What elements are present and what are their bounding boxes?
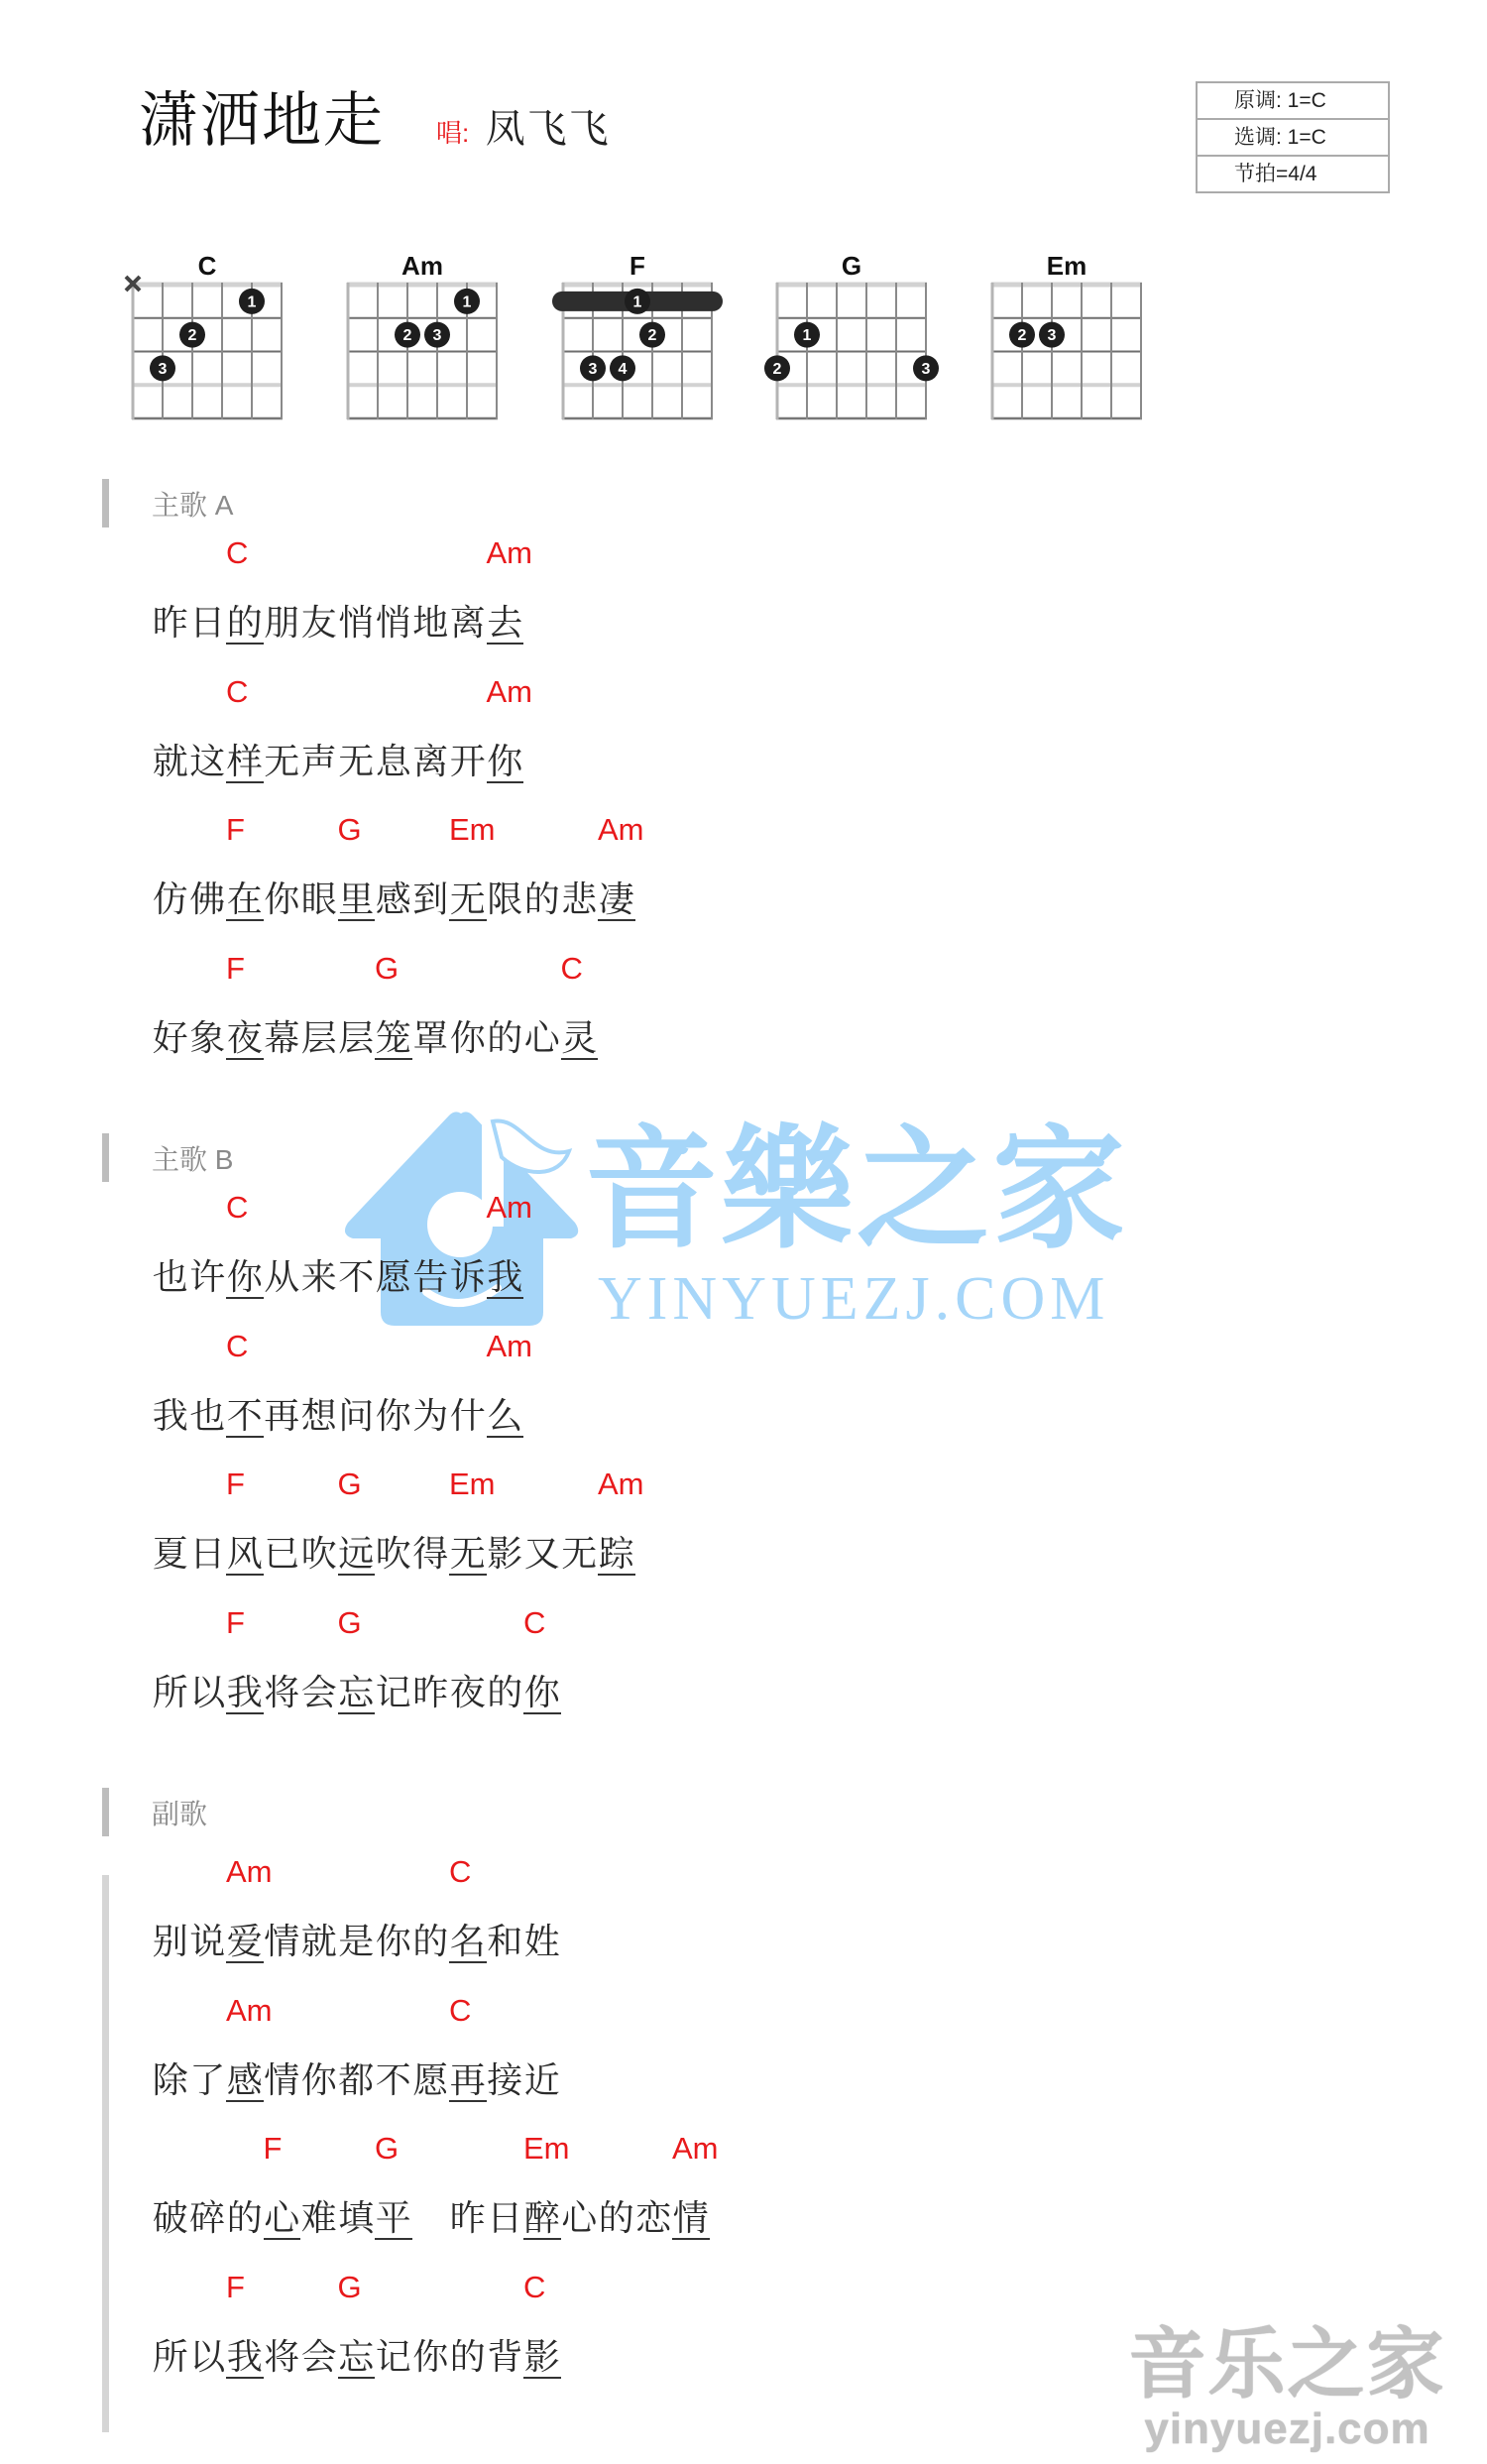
svg-text:2: 2 bbox=[647, 327, 656, 344]
lyric-char: 日 bbox=[487, 2198, 524, 2240]
chord-anchor-char: 感 bbox=[226, 2060, 264, 2102]
chord-anchor-char: 去 bbox=[487, 603, 524, 645]
section-marker-bar bbox=[102, 1788, 109, 1836]
lyric-char: 悄 bbox=[375, 603, 412, 645]
chord-row: FGC bbox=[152, 951, 1143, 987]
chord-anchor-char: 爱 bbox=[226, 1922, 264, 1963]
lyric-char: 悲 bbox=[561, 880, 599, 921]
chord-f: F bbox=[226, 812, 245, 848]
chord-anchor-char: 心 bbox=[264, 2198, 301, 2240]
chord-diagram-em: Em23 bbox=[972, 248, 1188, 426]
chord-diagram-name: Em bbox=[1047, 251, 1087, 281]
lyric-text: 别说爱情就是你的名和姓 bbox=[152, 1922, 561, 1963]
lyric-char: 诉 bbox=[449, 1257, 487, 1299]
lyric-char: 心 bbox=[523, 1018, 561, 1060]
lyric-char: 是 bbox=[338, 1922, 376, 1963]
lyric-char: 象 bbox=[189, 1018, 227, 1060]
corner-watermark-url: yinyuezj.com bbox=[1116, 2407, 1458, 2451]
chord-row: CAm bbox=[152, 1329, 1143, 1364]
chord-anchor-char: 你 bbox=[487, 742, 524, 783]
finger-dot: 3 bbox=[424, 322, 450, 348]
lyric-char: 朋 bbox=[264, 603, 301, 645]
lyric-char: 离 bbox=[449, 603, 487, 645]
svg-text:2: 2 bbox=[402, 327, 411, 344]
lyric-char: 的 bbox=[487, 1673, 524, 1714]
lyric-char: 记 bbox=[375, 1673, 412, 1714]
finger-dot: 1 bbox=[625, 289, 650, 314]
finger-dot: 1 bbox=[794, 322, 820, 348]
chord-g: G bbox=[375, 2131, 399, 2167]
svg-text:1: 1 bbox=[462, 293, 471, 310]
lyric-line: FGC好象夜幕层层笼罩你的心灵 bbox=[0, 951, 1487, 1090]
lyric-char: 破 bbox=[152, 2198, 189, 2240]
lyric-char: 再 bbox=[264, 1396, 301, 1438]
lyric-char: 我 bbox=[152, 1396, 189, 1438]
chord-anchor-char: 你 bbox=[523, 1673, 561, 1714]
lyric-line: CAm我也不再想问你为什么 bbox=[0, 1329, 1487, 1467]
chord-c: C bbox=[226, 1329, 248, 1364]
lyric-char: 好 bbox=[152, 1018, 189, 1060]
lyric-char: 夜 bbox=[449, 1673, 487, 1714]
chord-anchor-char: 无 bbox=[449, 880, 487, 921]
svg-text:1: 1 bbox=[803, 327, 812, 344]
song-sections: 主歌 A CAm昨日的朋友悄悄地离去CAm就这样无声无息离开你FGEmAm仿佛在… bbox=[0, 479, 1487, 2408]
lyric-char: 悄 bbox=[338, 603, 376, 645]
svg-text:2: 2 bbox=[1018, 327, 1027, 344]
section-lines: CAm昨日的朋友悄悄地离去CAm就这样无声无息离开你FGEmAm仿佛在你眼里感到… bbox=[0, 535, 1487, 1090]
chord-diagram-g: G123 bbox=[757, 248, 972, 426]
lyric-char: 你 bbox=[264, 880, 301, 921]
finger-dot: 2 bbox=[639, 322, 665, 348]
finger-dot: 3 bbox=[913, 355, 939, 381]
lyric-char: 都 bbox=[338, 2060, 376, 2102]
lyric-char: 什 bbox=[449, 1396, 487, 1438]
chord-am: Am bbox=[226, 1854, 273, 1890]
lyric-line: CAm昨日的朋友悄悄地离去 bbox=[0, 535, 1487, 674]
lyric-char: 就 bbox=[300, 1922, 338, 1963]
lyric-char: 眼 bbox=[300, 880, 338, 921]
lyric-char: 的 bbox=[523, 880, 561, 921]
chord-anchor-char: 忘 bbox=[338, 2337, 376, 2379]
chord-anchor-char: 样 bbox=[226, 742, 264, 783]
lyric-char: 所 bbox=[152, 1673, 189, 1714]
lyric-line: FGEmAm破碎的心难填平 昨日醉心的恋情 bbox=[0, 2131, 1487, 2270]
lyric-char: 以 bbox=[189, 1673, 227, 1714]
chord-em: Em bbox=[449, 812, 496, 848]
chord-anchor-char: 你 bbox=[226, 1257, 264, 1299]
chord-anchor-char: 踪 bbox=[598, 1534, 635, 1576]
song-title: 潇洒地走 bbox=[139, 85, 385, 157]
chord-anchor-char: 名 bbox=[449, 1922, 487, 1963]
lyric-char: 限 bbox=[487, 880, 524, 921]
lyric-char: 会 bbox=[300, 1673, 338, 1714]
chord-anchor-char: 平 bbox=[375, 2198, 412, 2240]
lyric-char: 开 bbox=[449, 742, 487, 783]
lyric-char: 除 bbox=[152, 2060, 189, 2102]
lyric-line: FGEmAm仿佛在你眼里感到无限的悲凄 bbox=[0, 812, 1487, 951]
chord-diagrams: C123Am123F1234G123Em23 bbox=[113, 248, 1188, 426]
lyric-line: AmC别说爱情就是你的名和姓 bbox=[0, 1854, 1487, 1993]
lyric-char: 所 bbox=[152, 2337, 189, 2379]
chord-f: F bbox=[226, 951, 245, 987]
lyric-char: 这 bbox=[189, 742, 227, 783]
lyric-char: 为 bbox=[412, 1396, 450, 1438]
lyric-char: 愿 bbox=[412, 2060, 450, 2102]
finger-dot: 1 bbox=[454, 289, 480, 314]
lyric-char: 罩 bbox=[412, 1018, 450, 1060]
chord-anchor-char: 远 bbox=[338, 1534, 376, 1576]
svg-text:3: 3 bbox=[159, 361, 168, 378]
lyric-char: 吹 bbox=[300, 1534, 338, 1576]
original-key: 原调: 1=C bbox=[1198, 83, 1388, 118]
lyric-char: 息 bbox=[375, 742, 412, 783]
finger-dot: 2 bbox=[1009, 322, 1035, 348]
chord-anchor-char: 情 bbox=[672, 2198, 710, 2240]
chord-f: F bbox=[226, 1605, 245, 1641]
finger-dot: 2 bbox=[179, 322, 205, 348]
lyric-char: 层 bbox=[300, 1018, 338, 1060]
finger-dot: 4 bbox=[610, 355, 635, 381]
chord-row: FGC bbox=[152, 1605, 1143, 1641]
svg-text:1: 1 bbox=[248, 293, 257, 310]
chord-diagram-c: C123 bbox=[113, 248, 328, 426]
chord-am: Am bbox=[598, 812, 644, 848]
section-label: 副歌 bbox=[152, 1795, 207, 1834]
lyric-char: 近 bbox=[523, 2060, 561, 2102]
chord-c: C bbox=[226, 674, 248, 710]
lyric-text: 夏日风已吹远吹得无影又无踪 bbox=[152, 1534, 635, 1576]
lyric-char: 也 bbox=[189, 1396, 227, 1438]
lyric-char: 你 bbox=[375, 1922, 412, 1963]
lyric-text: 所以我将会忘记你的背影 bbox=[152, 2337, 561, 2379]
chord-row: CAm bbox=[152, 674, 1143, 710]
chord-em: Em bbox=[449, 1467, 496, 1502]
lyric-char: 了 bbox=[189, 2060, 227, 2102]
chord-am: Am bbox=[598, 1467, 644, 1502]
lyric-char: 层 bbox=[338, 1018, 376, 1060]
chord-c: C bbox=[226, 535, 248, 571]
lyric-char: 将 bbox=[264, 1673, 301, 1714]
lyric-char: 昨 bbox=[449, 2198, 487, 2240]
lyric-char: 又 bbox=[523, 1534, 561, 1576]
lyric-char: 就 bbox=[152, 742, 189, 783]
section-marker-bar bbox=[102, 1133, 109, 1182]
lyric-char: 无 bbox=[561, 1534, 599, 1576]
chord-anchor-char: 么 bbox=[487, 1396, 524, 1438]
lyric-line: FGC所以我将会忘记昨夜的你 bbox=[0, 1605, 1487, 1744]
chord-c: C bbox=[449, 1993, 471, 2029]
chord-c: C bbox=[449, 1854, 471, 1890]
lyric-char: 无 bbox=[338, 742, 376, 783]
lyric-char: 背 bbox=[487, 2337, 524, 2379]
chord-g: G bbox=[338, 2270, 362, 2305]
chord-f: F bbox=[226, 2270, 245, 2305]
chord-am: Am bbox=[487, 674, 533, 710]
lyric-char: 佛 bbox=[189, 880, 227, 921]
chord-anchor-char: 的 bbox=[226, 603, 264, 645]
lyric-text: 昨日的朋友悄悄地离去 bbox=[152, 603, 523, 645]
lyric-char: 记 bbox=[375, 2337, 412, 2379]
lyric-char: 你 bbox=[300, 2060, 338, 2102]
finger-dot: 2 bbox=[764, 355, 790, 381]
lyric-char: 无 bbox=[264, 742, 301, 783]
section-lines: AmC别说爱情就是你的名和姓AmC除了感情你都不愿再接近FGEmAm破碎的心难填… bbox=[0, 1854, 1487, 2408]
lyric-text: 我也不再想问你为什么 bbox=[152, 1396, 523, 1438]
lyric-char: 恋 bbox=[635, 2198, 673, 2240]
svg-text:2: 2 bbox=[188, 327, 197, 344]
section-lines: CAm也许你从来不愿告诉我CAm我也不再想问你为什么FGEmAm夏日风已吹远吹得… bbox=[0, 1190, 1487, 1744]
chord-am: Am bbox=[226, 1993, 273, 2029]
lyric-char: 幕 bbox=[264, 1018, 301, 1060]
lyric-char: 许 bbox=[189, 1257, 227, 1299]
chord-anchor-char: 笼 bbox=[375, 1018, 412, 1060]
chord-anchor-char: 灵 bbox=[561, 1018, 599, 1060]
chord-anchor-char: 风 bbox=[226, 1534, 264, 1576]
lyric-char: 情 bbox=[264, 1922, 301, 1963]
lyric-text: 也许你从来不愿告诉我 bbox=[152, 1257, 523, 1299]
lyric-line: FGEmAm夏日风已吹远吹得无影又无踪 bbox=[0, 1467, 1487, 1605]
lyric-text: 好象夜幕层层笼罩你的心灵 bbox=[152, 1018, 598, 1060]
lyric-char: 会 bbox=[300, 2337, 338, 2379]
lyric-char: 来 bbox=[300, 1257, 338, 1299]
lyric-char: 仿 bbox=[152, 880, 189, 921]
svg-text:1: 1 bbox=[632, 293, 641, 310]
lyric-char: 难 bbox=[300, 2198, 338, 2240]
chord-diagram-name: Am bbox=[401, 251, 443, 281]
finger-dot: 3 bbox=[580, 355, 606, 381]
lyric-char: 感 bbox=[375, 880, 412, 921]
lyric-line: CAm就这样无声无息离开你 bbox=[0, 674, 1487, 813]
lyric-char: 填 bbox=[338, 2198, 376, 2240]
chord-anchor-char: 再 bbox=[449, 2060, 487, 2102]
chord-diagram-am: Am123 bbox=[328, 248, 543, 426]
lyric-char: 接 bbox=[487, 2060, 524, 2102]
lyric-char: 以 bbox=[189, 2337, 227, 2379]
chord-row: AmC bbox=[152, 1993, 1143, 2029]
singer-name-link[interactable]: 凤飞飞 bbox=[486, 107, 611, 151]
lyric-char: 地 bbox=[412, 603, 450, 645]
chord-am: Am bbox=[487, 535, 533, 571]
chord-row: FGEmAm bbox=[152, 2131, 1143, 2167]
time-signature: 节拍=4/4 bbox=[1198, 155, 1388, 191]
chord-row: FGEmAm bbox=[152, 1467, 1143, 1502]
section-label: 主歌 B bbox=[152, 1140, 233, 1180]
lyric-char: 将 bbox=[264, 2337, 301, 2379]
key-info-box: 原调: 1=C 选调: 1=C 节拍=4/4 bbox=[1196, 81, 1390, 193]
svg-text:3: 3 bbox=[432, 327, 441, 344]
lyric-char: 你 bbox=[449, 1018, 487, 1060]
chord-row: CAm bbox=[152, 535, 1143, 571]
lyric-char: 夏 bbox=[152, 1534, 189, 1576]
chord-am: Am bbox=[672, 2131, 719, 2167]
chord-f: F bbox=[264, 2131, 283, 2167]
chord-g: G bbox=[375, 951, 399, 987]
singer-info: 唱: 凤飞飞 bbox=[436, 103, 611, 164]
chord-anchor-char: 我 bbox=[487, 1257, 524, 1299]
svg-text:3: 3 bbox=[1048, 327, 1057, 344]
chord-em: Em bbox=[523, 2131, 570, 2167]
lyric-line: AmC除了感情你都不愿再接近 bbox=[0, 1993, 1487, 2132]
chord-c: C bbox=[226, 1190, 248, 1226]
lyric-text: 仿佛在你眼里感到无限的悲凄 bbox=[152, 880, 635, 921]
lyric-char: 吹 bbox=[375, 1534, 412, 1576]
lyric-char: 想 bbox=[300, 1396, 338, 1438]
svg-text:4: 4 bbox=[618, 361, 627, 378]
chord-anchor-char: 醉 bbox=[523, 2198, 561, 2240]
lyric-char: 的 bbox=[598, 2198, 635, 2240]
chord-diagram-name: F bbox=[629, 251, 645, 281]
chord-anchor-char: 影 bbox=[523, 2337, 561, 2379]
lyric-char: 友 bbox=[300, 603, 338, 645]
lyric-char: 不 bbox=[338, 1257, 376, 1299]
chord-anchor-char: 夜 bbox=[226, 1018, 264, 1060]
chord-anchor-char: 不 bbox=[226, 1396, 264, 1438]
lyric-char: 声 bbox=[300, 742, 338, 783]
finger-dot: 3 bbox=[1039, 322, 1065, 348]
lyric-char: 碎 bbox=[189, 2198, 227, 2240]
chord-f: F bbox=[226, 1467, 245, 1502]
chord-diagram-f: F1234 bbox=[543, 248, 758, 426]
lyric-line: CAm也许你从来不愿告诉我 bbox=[0, 1190, 1487, 1329]
lyric-char bbox=[412, 2198, 450, 2240]
svg-text:2: 2 bbox=[773, 361, 782, 378]
lyric-char: 你 bbox=[375, 1396, 412, 1438]
chord-row: AmC bbox=[152, 1854, 1143, 1890]
finger-dot: 2 bbox=[395, 322, 420, 348]
chord-anchor-char: 我 bbox=[226, 2337, 264, 2379]
lyric-char: 日 bbox=[189, 1534, 227, 1576]
section-verse-a: 主歌 A CAm昨日的朋友悄悄地离去CAm就这样无声无息离开你FGEmAm仿佛在… bbox=[0, 479, 1487, 1090]
section-label: 主歌 A bbox=[152, 486, 233, 526]
chord-row: FGC bbox=[152, 2270, 1143, 2305]
lyric-char: 昨 bbox=[152, 603, 189, 645]
lyric-char: 不 bbox=[375, 2060, 412, 2102]
lyric-char: 姓 bbox=[523, 1922, 561, 1963]
chord-am: Am bbox=[487, 1329, 533, 1364]
chord-c: C bbox=[523, 2270, 545, 2305]
chord-anchor-char: 在 bbox=[226, 880, 264, 921]
svg-text:3: 3 bbox=[588, 361, 597, 378]
chord-row: FGEmAm bbox=[152, 812, 1143, 848]
svg-text:3: 3 bbox=[922, 361, 931, 378]
lyric-char: 告 bbox=[412, 1257, 450, 1299]
chord-anchor-char: 凄 bbox=[598, 880, 635, 921]
chord-am: Am bbox=[487, 1190, 533, 1226]
chord-diagram-name: C bbox=[198, 251, 217, 281]
lyric-char: 说 bbox=[189, 1922, 227, 1963]
lyric-text: 就这样无声无息离开你 bbox=[152, 742, 523, 783]
chord-g: G bbox=[338, 1467, 362, 1502]
lyric-text: 所以我将会忘记昨夜的你 bbox=[152, 1673, 561, 1714]
section-marker-bar bbox=[102, 479, 109, 528]
chord-c: C bbox=[523, 1605, 545, 1641]
lyric-char: 也 bbox=[152, 1257, 189, 1299]
lyric-char: 得 bbox=[412, 1534, 450, 1576]
section-chorus: 副歌 AmC别说爱情就是你的名和姓AmC除了感情你都不愿再接近FGEmAm破碎的… bbox=[0, 1788, 1487, 2408]
lyric-char: 你 bbox=[412, 2337, 450, 2379]
lyric-char: 和 bbox=[487, 1922, 524, 1963]
chord-anchor-char: 里 bbox=[338, 880, 376, 921]
lyric-text: 破碎的心难填平 昨日醉心的恋情 bbox=[152, 2198, 710, 2240]
lyric-char: 昨 bbox=[412, 1673, 450, 1714]
chord-c: C bbox=[561, 951, 583, 987]
chord-g: G bbox=[338, 1605, 362, 1641]
lyric-char: 的 bbox=[412, 1922, 450, 1963]
lyric-char: 愿 bbox=[375, 1257, 412, 1299]
lyric-char: 从 bbox=[264, 1257, 301, 1299]
lyric-char: 问 bbox=[338, 1396, 376, 1438]
lyric-char: 已 bbox=[264, 1534, 301, 1576]
lyric-char: 别 bbox=[152, 1922, 189, 1963]
selected-key: 选调: 1=C bbox=[1198, 118, 1388, 155]
finger-dot: 1 bbox=[239, 289, 265, 314]
chord-g: G bbox=[338, 812, 362, 848]
lyric-char: 的 bbox=[487, 1018, 524, 1060]
chord-anchor-char: 无 bbox=[449, 1534, 487, 1576]
lyric-line: FGC所以我将会忘记你的背影 bbox=[0, 2270, 1487, 2408]
lyric-char: 到 bbox=[412, 880, 450, 921]
lyric-char: 离 bbox=[412, 742, 450, 783]
chord-row: CAm bbox=[152, 1190, 1143, 1226]
section-verse-b: 主歌 B CAm也许你从来不愿告诉我CAm我也不再想问你为什么FGEmAm夏日风… bbox=[0, 1133, 1487, 1744]
finger-dot: 3 bbox=[150, 355, 175, 381]
lyric-char: 影 bbox=[487, 1534, 524, 1576]
lyric-char: 的 bbox=[226, 2198, 264, 2240]
chord-diagram-name: G bbox=[842, 251, 861, 281]
chord-anchor-char: 我 bbox=[226, 1673, 264, 1714]
lyric-char: 情 bbox=[264, 2060, 301, 2102]
chord-sheet-page: 潇洒地走 唱: 凤飞飞 原调: 1=C 选调: 1=C 节拍=4/4 C123A… bbox=[0, 0, 1487, 2464]
chord-anchor-char: 忘 bbox=[338, 1673, 376, 1714]
lyric-text: 除了感情你都不愿再接近 bbox=[152, 2060, 561, 2102]
singer-label: 唱: bbox=[436, 118, 469, 148]
lyric-char: 的 bbox=[449, 2337, 487, 2379]
lyric-char: 心 bbox=[561, 2198, 599, 2240]
lyric-char: 日 bbox=[189, 603, 227, 645]
